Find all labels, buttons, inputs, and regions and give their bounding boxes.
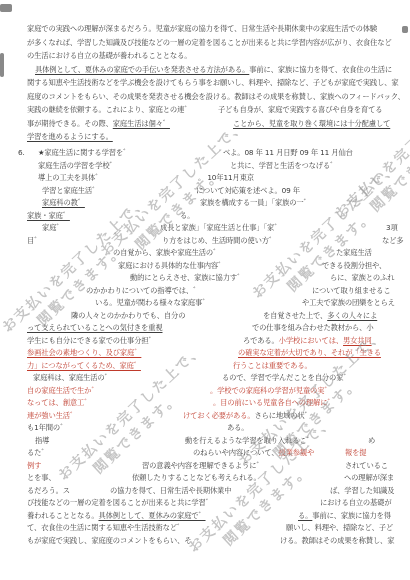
text-segment: ことから、児童を取り巻く環境には十分配慮して [233, 119, 390, 128]
body-text: もが家庭で実践し、家庭度のコメントをもらい、そ [27, 536, 191, 545]
body-text: るだろう。ス [27, 486, 70, 495]
red-annotation-text: 力」につながってくるため、家庭゛ [27, 361, 141, 370]
body-text: ★家庭生活に関する学習を゛ [38, 148, 130, 157]
body-text: 目゛ [27, 236, 41, 245]
text-segment: べよ。08 年 11 月日野 09 年 11 月仙台 [223, 148, 353, 157]
scan-artifact [0, 53, 4, 77]
text-segment: め [368, 436, 375, 445]
body-text: 子ども自身が、家庭で実践する喜びや自身を育てる [218, 105, 382, 114]
text-segment: 導上の工夫を具体゛ [38, 173, 102, 182]
text-segment: 家庭科の教゛ [42, 198, 85, 207]
text-segment: 動的にとらえさせ、家族に協力す゛ [130, 273, 244, 282]
body-text: べよ。08 年 11 月日野 09 年 11 月仙台 [223, 148, 353, 157]
text-segment: らに、家族とのふれ [330, 273, 394, 282]
body-text: び技能などの一層の定着を図ることが出来ると共に学習゛ [27, 498, 213, 507]
text-segment: の協力を得て、日常生活や長期休業中 [110, 486, 231, 495]
body-text: ある。 [227, 423, 248, 432]
text-segment: るだろう。ス [27, 486, 70, 495]
body-text: って支えられていることへの気付きを重視 [27, 323, 163, 332]
text-segment: や工夫で家族の団欒をとらえ [302, 298, 395, 307]
body-text: における自立の基礎が [320, 498, 391, 507]
text-segment: 参画社会の素地つくり、及び家庭゛ [27, 348, 141, 357]
red-annotation-text: の確実な定着が大切であり、それが「生きる [238, 348, 381, 357]
body-text: 学生にも自分にできる家での仕事分担゛ [27, 336, 156, 345]
text-segment: 6. [18, 148, 25, 157]
body-text: 6. [18, 148, 25, 157]
body-text: り方をはじめ、生活時間の使い方゛ [162, 236, 276, 245]
text-segment: 関する知恵や生活技術などを学ぶ機会を設けてもらう事をお願いし、料理や、掃除など、… [27, 78, 399, 87]
text-segment: り方をはじめ、生活時間の使い方゛ [162, 236, 276, 245]
text-segment: 報を提 [345, 448, 366, 457]
red-annotation-text: 。学校での家庭科の学習が児童の実゛ [210, 386, 332, 395]
text-segment: 隣の人々とのかかわりでも、自分の [71, 311, 185, 320]
body-text: 家庭科の教゛ [42, 198, 85, 207]
body-text: されているこ [345, 461, 388, 470]
scan-artifact [0, 4, 12, 12]
body-text: 関する知恵や生活技術などを学ぶ機会を設けてもらう事をお願いし、料理や、掃除など、… [27, 78, 399, 87]
text-segment: ★家庭生活に関する学習を゛ [38, 148, 130, 157]
red-annotation-text: けておく必要がある。 [183, 411, 254, 420]
body-text: 家庭における具体的な仕事内容゛ [118, 261, 225, 270]
red-annotation-text: なっては、創意工゛ [27, 398, 91, 407]
body-text: ける。教師はその成果を称賛し、家 [280, 536, 394, 545]
text-segment: 3項 [386, 223, 398, 232]
body-text: について取り組ませるこ [312, 286, 390, 295]
text-segment: 学生にも自分にできる家での仕事分担゛ [27, 336, 156, 345]
text-segment: 庭度のコメントをもらい、その成果を発表させる機会を設ける。教師はその成果を称賛し… [27, 92, 405, 101]
text-segment: 事が期待できる。その際、家庭生活は個々゛ [27, 119, 170, 128]
text-segment: されているこ [345, 461, 388, 470]
body-text: るた゛ [27, 448, 48, 457]
text-segment: 養われることとなる。具体例として、夏休みの家庭で゛ [27, 511, 206, 520]
text-segment: るた゛ [27, 448, 48, 457]
text-segment: る。 [180, 211, 194, 220]
text-segment: 目゛ [27, 236, 41, 245]
body-text: め [368, 436, 375, 445]
text-segment: 例す [27, 461, 41, 470]
text-segment: の確実な定着が大切であり、それが「生きる [238, 348, 381, 357]
body-text: 家庭゛ [42, 223, 63, 232]
body-text: ことから、児童を取り巻く環境には十分配慮して [233, 119, 390, 128]
body-text: 事前に、家族に協力を得て、衣食住の生活に [249, 65, 392, 74]
text-segment: 家族を構成する一員」「家族の一゛ [200, 198, 311, 207]
text-segment: 成長と家族」「家庭生活と仕事」「家゛ [160, 223, 281, 232]
text-segment: 具体例として、夏休みの家庭での手伝いを発表させる方法がある。事前に、家族に協力を… [35, 65, 392, 74]
text-segment: 学習と家庭生活゛ [42, 186, 99, 195]
text-segment: ば、学習した知識及 [330, 486, 394, 495]
red-annotation-text: 自の家庭生活で生か゛ [27, 386, 98, 395]
red-annotation-text: 報を提 [345, 448, 366, 457]
body-text: 事が期待できる。その際、 [27, 119, 113, 128]
text-segment: など多 [382, 236, 403, 245]
body-text: と共に、学習と生活をつなげる゛ [230, 161, 337, 170]
body-text: 多くの人々によ [327, 311, 377, 320]
red-annotation-text: 男女共同 [343, 336, 372, 345]
body-text: 事前に、家族に協力を得 [312, 511, 391, 520]
body-text: ろである。 [243, 336, 279, 345]
text-segment: における自立の基礎が [320, 498, 391, 507]
body-text: 養われることとなる。 [27, 511, 98, 520]
body-text: 指導 [35, 436, 49, 445]
body-text: 学習を進めるようにする。 [27, 132, 113, 141]
body-text: できる役割分担や、 [322, 261, 386, 270]
body-text: 動を行えるような学習を取り入れるこ゛ [185, 436, 314, 445]
text-segment: について対応策を述べよ。09 年 [196, 186, 300, 195]
text-segment: るので、学習で学んだことを自分の家゛ [222, 373, 351, 382]
text-segment: 家庭゛ [42, 223, 63, 232]
text-segment: 家庭での実践への理解が深まるだろう。児童が家庭の協力を得て、日常生活や長期休業中… [27, 24, 377, 33]
text-segment: 指導 [35, 436, 49, 445]
body-text: て、衣食住の生活に関する知恵や生活技術など゛ [27, 523, 184, 532]
text-segment: って支えられていることへの気付きを重視 [27, 323, 163, 332]
text-segment: 家庭における具体的な仕事内容゛ [118, 261, 225, 270]
body-text: 家族・家庭゛ [27, 211, 70, 220]
red-annotation-text: 連が強い生活゛ [27, 411, 77, 420]
body-text: る。 [298, 511, 312, 520]
text-segment: 。学校での家庭科の学習が児童の実゛ [210, 386, 332, 395]
text-segment: 家庭科は、家庭生活の゛ [33, 373, 112, 382]
text-segment: 動を行えるような学習を取り入れるこ゛ [185, 436, 314, 445]
text-segment: のねらいや内容について、授業参観や [193, 448, 314, 457]
text-segment: けておく必要がある。さらに地域の状゛ [183, 411, 312, 420]
text-segment: も1年間の゛ [27, 423, 67, 432]
text-segment: が多くなれば、学習した知識及び技能などの一層の定着を図ることが出来ると共に学習内… [27, 38, 392, 47]
text-segment: 家族・家庭゛ [27, 211, 70, 220]
body-text: 3項 [386, 223, 398, 232]
body-text: での仕事を組み合わせた教材から、小 [252, 323, 374, 332]
body-text: の自覚から、家族や家庭生活の゛ [113, 248, 220, 257]
text-segment: 力」につながってくるため、家庭゛ [27, 361, 141, 370]
text-segment: 。目の前にいる児童各自への理解に゛ [213, 398, 335, 407]
body-text: 依頼したりすることなども考えられる。 [132, 473, 261, 482]
text-segment: とを事、 [27, 473, 56, 482]
body-text: や工夫で家族の団欒をとらえ [302, 298, 395, 307]
body-text: など多 [382, 236, 403, 245]
text-segment: での仕事を組み合わせた教材から、小 [252, 323, 374, 332]
body-text: た家庭生活 [336, 248, 372, 257]
text-segment: 実践の継続を依頼する。これにより、家庭との連゛ [27, 105, 191, 114]
text-segment: 依頼したりすることなども考えられる。 [132, 473, 261, 482]
body-text: とを事、 [27, 473, 56, 482]
text-segment: の自覚から、家族や家庭生活の゛ [113, 248, 220, 257]
text-segment: ける。教師はその成果を称賛し、家 [280, 536, 394, 545]
body-text: 家族を構成する一員」「家族の一゛ [200, 198, 311, 207]
text-segment: た家庭生活 [336, 248, 372, 257]
document-page: 家庭での実践への理解が深まるだろう。児童が家庭の協力を得て、日常生活や長期休業中… [0, 0, 410, 580]
text-segment: 自の家庭生活で生か゛ [27, 386, 98, 395]
scan-artifact [402, 26, 408, 33]
red-annotation-text: 例す [27, 461, 41, 470]
text-segment: て、衣食住の生活に関する知恵や生活技術など゛ [27, 523, 184, 532]
text-segment: もが家庭で実践し、家庭度のコメントをもらい、そ [27, 536, 191, 545]
body-text: 成長と家族」「家庭生活と仕事」「家゛ [160, 223, 281, 232]
watermark-line2: 閲覧できます。 [345, 93, 410, 238]
body-text: 導上の工夫を具体゛ [38, 173, 102, 182]
text-segment: の生活における自立の基礎が養われることとなる。 [27, 51, 191, 60]
text-segment: ある。 [227, 423, 248, 432]
text-segment: 学習を進めるようにする。 [27, 132, 113, 141]
text-segment: 習の意義や内容を理解できるように゛ [142, 461, 264, 470]
body-text: る。 [180, 211, 194, 220]
text-segment: への理解が深ま [344, 473, 394, 482]
body-text: さらに地域の状゛ [254, 411, 311, 420]
text-segment: 連が強い生活゛ [27, 411, 77, 420]
body-text: の生活における自立の基礎が養われることとなる。 [27, 51, 191, 60]
body-text: のねらいや内容について、 [193, 448, 278, 457]
text-segment: 。 10年11月東京 [198, 173, 254, 182]
text-segment: できる役割分担や、 [322, 261, 386, 270]
body-text: も1年間の゛ [27, 423, 67, 432]
text-segment: る。事前に、家族に協力を得 [298, 511, 391, 520]
body-text: 家庭生活は個々゛ [113, 119, 170, 128]
text-segment: び技能などの一層の定着を図ることが出来ると共に学習゛ [27, 498, 213, 507]
text-segment: と共に、学習と生活をつなげる゛ [230, 161, 337, 170]
payment-watermark: お支払いを完了した上で、閲覧できます。 [332, 79, 410, 238]
body-text: について対応策を述べよ。09 年 [196, 186, 300, 195]
body-text: 具体例として、夏休みの家庭での手伝いを発表させる方法がある。 [35, 65, 249, 74]
text-segment: なっては、創意工゛ [27, 398, 91, 407]
body-text: 動的にとらえさせ、家族に協力す゛ [130, 273, 244, 282]
text-segment: について取り組ませるこ [312, 286, 390, 295]
body-text: を自覚させた上で、 [263, 311, 327, 320]
red-annotation-text: 行うことは重要である。 [233, 361, 312, 370]
body-text: のかかわりについての指導では、゛ [86, 286, 200, 295]
text-segment: 子ども自身が、家庭で実践する喜びや自身を育てる [218, 105, 382, 114]
red-annotation-text: 授業参観や [278, 448, 314, 457]
body-text: 家庭での実践への理解が深まるだろう。児童が家庭の協力を得て、日常生活や長期休業中… [27, 24, 377, 33]
body-text: の協力を得て、日常生活や長期休業中 [110, 486, 231, 495]
text-segment: を自覚させた上で、多くの人々によ [263, 311, 377, 320]
text-segment: 願いし、料理や、掃除など、子ど [286, 523, 393, 532]
body-text: 家庭生活の学習を学校゛ [38, 161, 117, 170]
text-segment: いる。児童が関わる様々な家庭事゛ [95, 298, 209, 307]
red-annotation-text: 小学校においては、 [279, 336, 343, 345]
body-text: 家庭科は、家庭生活の゛ [33, 373, 112, 382]
body-text: 。 10年11月東京 [198, 173, 254, 182]
red-annotation-text: 。目の前にいる児童各自への理解に゛ [213, 398, 335, 407]
text-segment: ろである。小学校においては、男女共同 [243, 336, 372, 345]
body-text: 願いし、料理や、掃除など、子ど [286, 523, 393, 532]
body-text: 実践の継続を依頼する。これにより、家庭との連゛ [27, 105, 191, 114]
body-text: 学習と家庭生活゛ [42, 186, 99, 195]
red-annotation-text: 参画社会の素地つくり、及び家庭゛ [27, 348, 141, 357]
body-text: いる。児童が関わる様々な家庭事゛ [95, 298, 209, 307]
body-text: 庭度のコメントをもらい、その成果を発表させる機会を設ける。教師はその成果を称賛し… [27, 92, 405, 101]
body-text: への理解が深ま [344, 473, 394, 482]
text-segment: のかかわりについての指導では、゛ [86, 286, 200, 295]
text-segment: 家庭生活の学習を学校゛ [38, 161, 117, 170]
body-text: らに、家族とのふれ [330, 273, 394, 282]
body-text: が多くなれば、学習した知識及び技能などの一層の定着を図ることが出来ると共に学習内… [27, 38, 392, 47]
body-text: 習の意義や内容を理解できるように゛ [142, 461, 264, 470]
body-text: 具体例として、夏休みの家庭で゛ [98, 511, 205, 520]
body-text: るので、学習で学んだことを自分の家゛ [222, 373, 351, 382]
body-text: ば、学習した知識及 [330, 486, 394, 495]
text-segment: 行うことは重要である。 [233, 361, 312, 370]
body-text: 隣の人々とのかかわりでも、自分の [71, 311, 185, 320]
